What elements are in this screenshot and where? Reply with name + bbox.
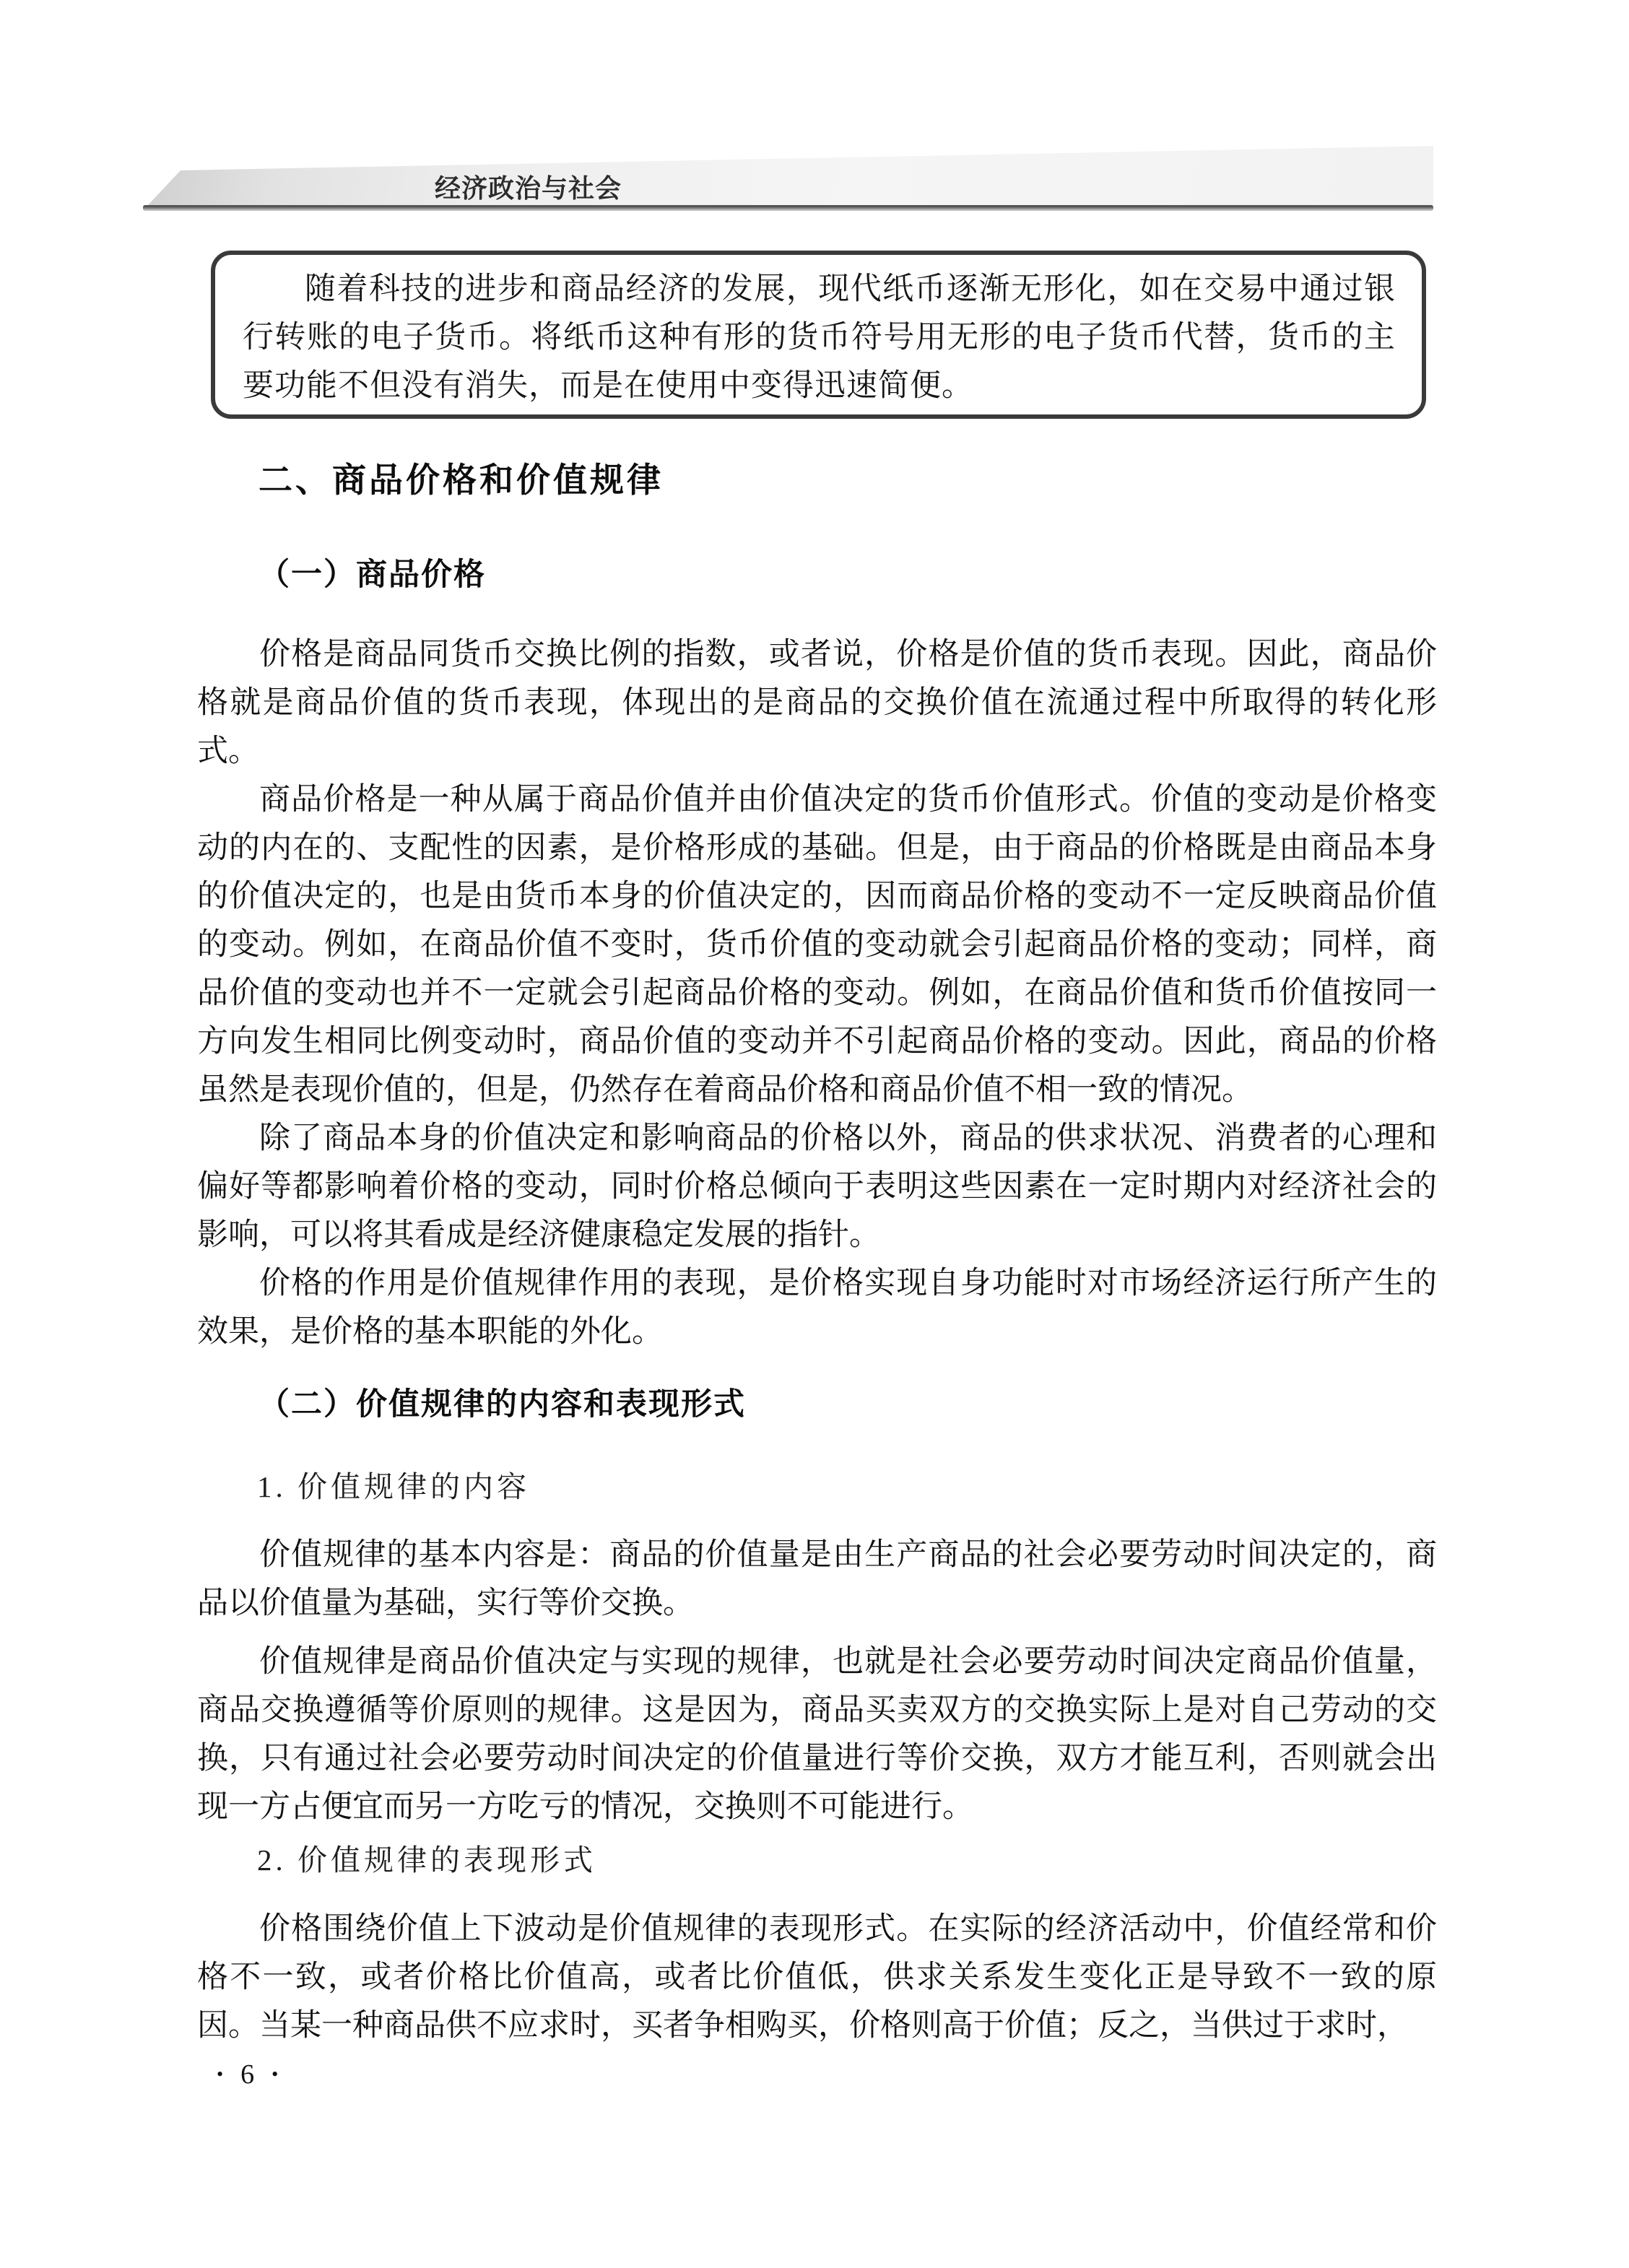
- intro-box: 随着科技的进步和商品经济的发展，现代纸币逐渐无形化，如在交易中通过银行转账的电子…: [211, 251, 1426, 419]
- page-number: • 6 •: [217, 2058, 278, 2091]
- section-title: 二、商品价格和价值规律: [197, 461, 1498, 499]
- paragraph-price-function: 价格的作用是价值规律作用的表现，是价格实现自身功能时对市场经济运行所产生的效果，…: [197, 1259, 1437, 1356]
- subsection-title-2: （二）价值规律的内容和表现形式: [197, 1387, 1498, 1422]
- paragraph-price-value-relation: 商品价格是一种从属于商品价值并由价值决定的货币价值形式。价值的变动是价格变动的内…: [197, 775, 1437, 1114]
- subsection-title-1: （一）商品价格: [197, 557, 1498, 593]
- intro-box-text: 随着科技的进步和商品经济的发展，现代纸币逐渐无形化，如在交易中通过银行转账的电子…: [243, 265, 1396, 410]
- paragraph-price-definition: 价格是商品同货币交换比例的指数，或者说，价格是价值的货币表现。因此，商品价格就是…: [197, 630, 1437, 775]
- book-page: 经济政治与社会 随着科技的进步和商品经济的发展，现代纸币逐渐无形化，如在交易中通…: [0, 0, 1629, 2268]
- paragraph-price-influences: 除了商品本身的价值决定和影响商品的价格以外，商品的供求状况、消费者的心理和偏好等…: [197, 1114, 1437, 1259]
- running-head-title: 经济政治与社会: [435, 174, 622, 203]
- list-item-label-2: 2. 价值规律的表现形式: [197, 1843, 1497, 1877]
- paragraph-law-content: 价值规律的基本内容是：商品的价值量是由生产商品的社会必要劳动时间决定的，商品以价…: [197, 1531, 1437, 1628]
- folio-left-dot: •: [217, 2058, 223, 2091]
- paragraph-law-explanation: 价值规律是商品价值决定与实现的规律，也就是社会必要劳动时间决定商品价值量，商品交…: [197, 1638, 1437, 1831]
- list-item-label-1: 1. 价值规律的内容: [197, 1470, 1497, 1504]
- paragraph-law-manifestation: 价格围绕价值上下波动是价值规律的表现形式。在实际的经济活动中，价值经常和价格不一…: [197, 1905, 1437, 2050]
- header-rule: [143, 205, 1433, 211]
- folio-number: 6: [240, 2058, 254, 2091]
- header-band: [148, 146, 1433, 205]
- folio-right-dot: •: [271, 2058, 278, 2091]
